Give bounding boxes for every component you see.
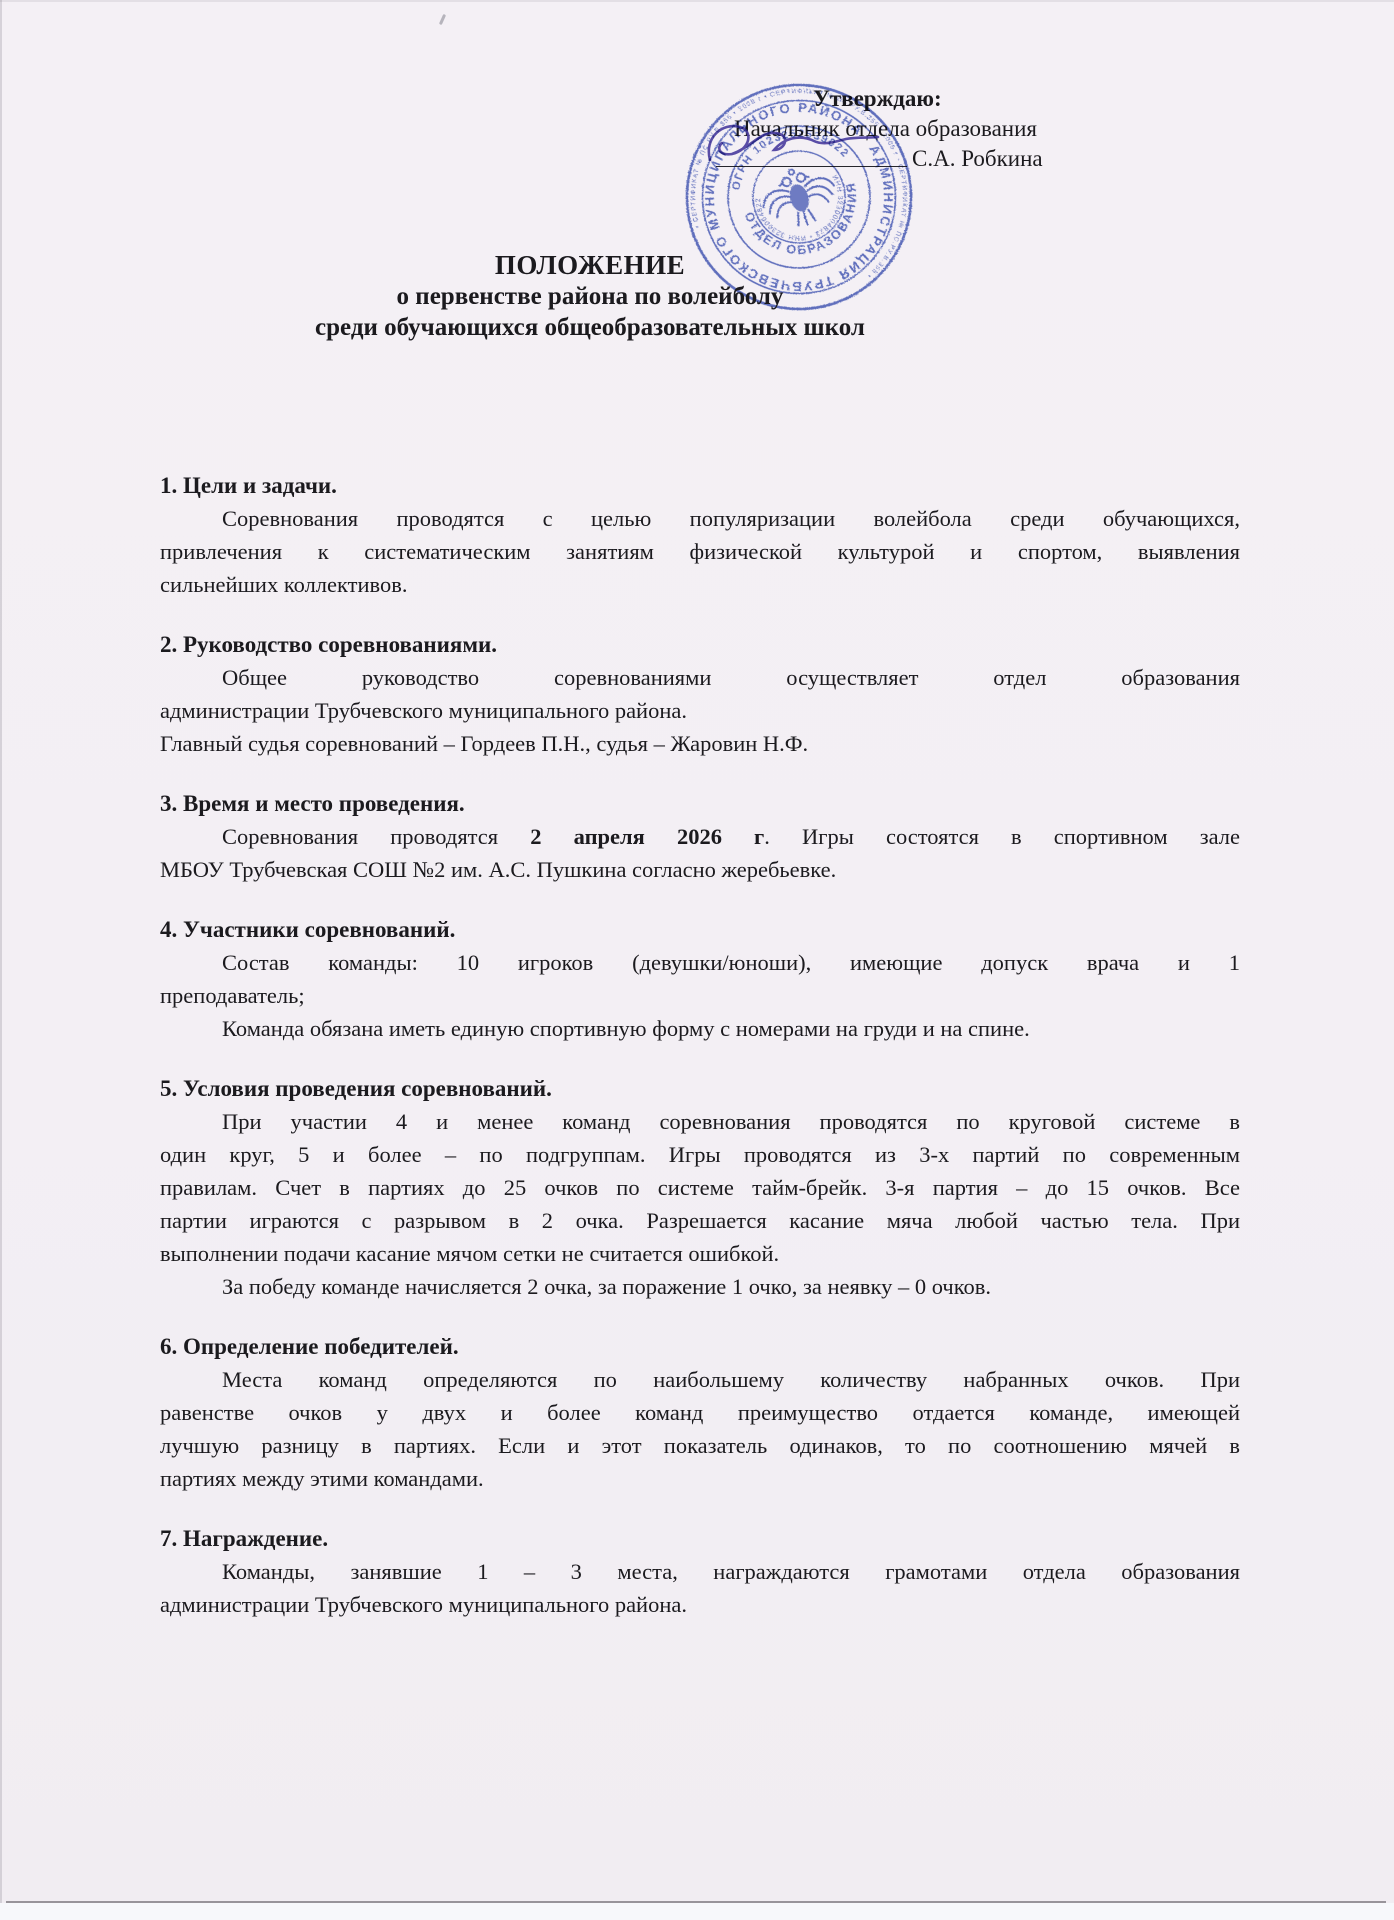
scan-speck	[439, 14, 446, 25]
text-line: Команды, занявшие 1 – 3 места, награждаю…	[160, 1555, 1240, 1588]
section-heading: 4. Участники соревнований.	[160, 913, 1240, 946]
section-heading: 6. Определение победителей.	[160, 1330, 1240, 1363]
text-line: За победу команде начисляется 2 очка, за…	[160, 1270, 1240, 1303]
text-line: Команда обязана иметь единую спортивную …	[160, 1012, 1240, 1045]
title-line: о первенстве района по волейболу	[160, 281, 1020, 312]
text-line: равенстве очков у двух и более команд пр…	[160, 1396, 1240, 1429]
text-line: Состав команды: 10 игроков (девушки/юнош…	[160, 946, 1240, 979]
paragraph: При участии 4 и менее команд соревновани…	[160, 1105, 1240, 1270]
paragraph: За победу команде начисляется 2 очка, за…	[160, 1270, 1240, 1303]
title-line: среди обучающихся общеобразовательных шк…	[160, 312, 1020, 343]
text-line: преподаватель;	[160, 979, 1240, 1012]
text-line: Главный судья соревнований – Гордеев П.Н…	[160, 727, 1240, 760]
text-line: Соревнования проводятся с целью популяри…	[160, 502, 1240, 535]
text-line: При участии 4 и менее команд соревновани…	[160, 1105, 1240, 1138]
text-line: Общее руководство соревнованиями осущест…	[160, 661, 1240, 694]
document-section: 1. Цели и задачи.Соревнования проводятся…	[160, 469, 1240, 601]
text-line: лучшую разницу в партиях. Если и этот по…	[160, 1429, 1240, 1462]
text-line: выполнении подачи касание мячом сетки не…	[160, 1237, 1240, 1270]
section-heading: 1. Цели и задачи.	[160, 469, 1240, 502]
approver-name: С.А. Робкина	[912, 146, 1043, 172]
paragraph: Главный судья соревнований – Гордеев П.Н…	[160, 727, 1240, 760]
text-line: партиях между этими командами.	[160, 1462, 1240, 1495]
section-heading: 2. Руководство соревнованиями.	[160, 628, 1240, 661]
text-line: сильнейших коллективов.	[160, 568, 1240, 601]
page-edge-left	[0, 0, 2, 1920]
paragraph: Соревнования проводятся 2 апреля 2026 г.…	[160, 820, 1240, 886]
paragraph: Команды, занявшие 1 – 3 места, награждаю…	[160, 1555, 1240, 1621]
text-line: администрации Трубчевского муниципальног…	[160, 694, 1240, 727]
title-line: ПОЛОЖЕНИЕ	[160, 249, 1020, 281]
text-line: один круг, 5 и более – по подгруппам. Иг…	[160, 1138, 1240, 1171]
section-heading: 3. Время и место проведения.	[160, 787, 1240, 820]
page-edge-top	[0, 0, 1394, 2]
paragraph: Общее руководство соревнованиями осущест…	[160, 661, 1240, 727]
text-line: правилам. Счет в партиях до 25 очков по …	[160, 1171, 1240, 1204]
text-line: Соревнования проводятся 2 апреля 2026 г.…	[160, 820, 1240, 853]
document-page: Утверждаю: Начальник отдела образования …	[0, 0, 1394, 1920]
paragraph: Места команд определяются по наибольшему…	[160, 1363, 1240, 1495]
text-line: партии играются с разрывом в 2 очка. Раз…	[160, 1204, 1240, 1237]
document-section: 6. Определение победителей.Места команд …	[160, 1330, 1240, 1495]
section-heading: 5. Условия проведения соревнований.	[160, 1072, 1240, 1105]
document-section: 2. Руководство соревнованиями.Общее руко…	[160, 628, 1240, 760]
paragraph: Состав команды: 10 игроков (девушки/юнош…	[160, 946, 1240, 1012]
document-section: 5. Условия проведения соревнований.При у…	[160, 1072, 1240, 1303]
section-heading: 7. Награждение.	[160, 1522, 1240, 1555]
text-line: Места команд определяются по наибольшему…	[160, 1363, 1240, 1396]
text-line: МБОУ Трубчевская СОШ №2 им. А.С. Пушкина…	[160, 853, 1240, 886]
document-section: 7. Награждение.Команды, занявшие 1 – 3 м…	[160, 1522, 1240, 1621]
text-line: администрации Трубчевского муниципальног…	[160, 1588, 1240, 1621]
document-body: 1. Цели и задачи.Соревнования проводятся…	[160, 469, 1240, 1621]
paragraph: Команда обязана иметь единую спортивную …	[160, 1012, 1240, 1045]
scanner-background	[0, 1903, 1394, 1920]
document-section: 4. Участники соревнований.Состав команды…	[160, 913, 1240, 1045]
text-line: привлечения к систематическим занятиям ф…	[160, 535, 1240, 568]
document-section: 3. Время и место проведения.Соревнования…	[160, 787, 1240, 886]
document-title: ПОЛОЖЕНИЕ о первенстве района по волейбо…	[160, 249, 1020, 343]
paragraph: Соревнования проводятся с целью популяри…	[160, 502, 1240, 601]
